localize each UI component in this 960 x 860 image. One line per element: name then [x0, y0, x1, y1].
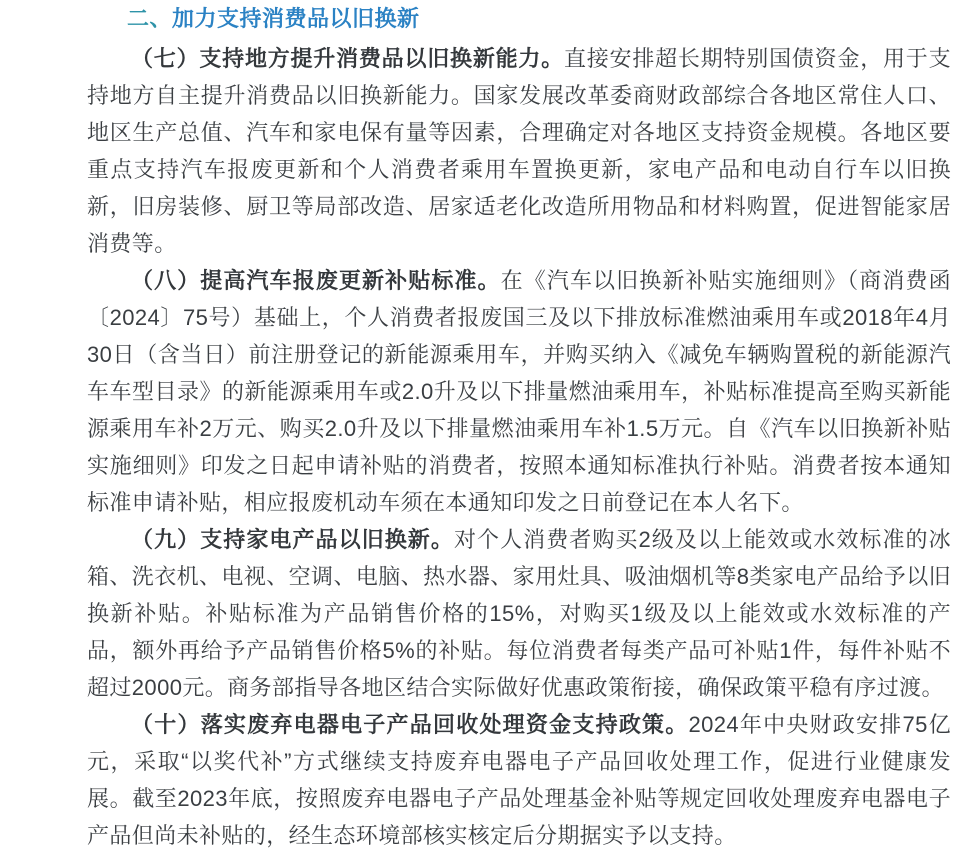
policy-document: 二、加力支持消费品以旧换新 （七）支持地方提升消费品以旧换新能力。直接安排超长期… [0, 0, 960, 860]
paragraph-7-lead: （七）支持地方提升消费品以旧换新能力。 [131, 46, 564, 71]
paragraph-9-body: 对个人消费者购买2级及以上能效或水效标准的冰箱、洗衣机、电视、空调、电脑、热水器… [87, 527, 951, 700]
paragraph-8-lead: （八）提高汽车报废更新补贴标准。 [131, 268, 501, 293]
section-heading: 二、加力支持消费品以旧换新 [87, 4, 951, 34]
section-number: 二、 [127, 6, 172, 31]
paragraph-7-body: 直接安排超长期特别国债资金，用于支持地方自主提升消费品以旧换新能力。国家发展改革… [87, 46, 951, 256]
policy-paragraph-7: （七）支持地方提升消费品以旧换新能力。直接安排超长期特别国债资金，用于支持地方自… [87, 40, 951, 262]
section-title: 加力支持消费品以旧换新 [172, 6, 420, 31]
paragraph-9-lead: （九）支持家电产品以旧换新。 [131, 527, 454, 552]
policy-paragraph-8: （八）提高汽车报废更新补贴标准。在《汽车以旧换新补贴实施细则》（商消费函〔202… [87, 262, 951, 521]
policy-paragraph-9: （九）支持家电产品以旧换新。对个人消费者购买2级及以上能效或水效标准的冰箱、洗衣… [87, 521, 951, 706]
paragraph-8-body: 在《汽车以旧换新补贴实施细则》（商消费函〔2024〕75号）基础上，个人消费者报… [87, 268, 951, 515]
paragraph-10-lead: （十）落实废弃电器电子产品回收处理资金支持政策。 [131, 712, 689, 737]
policy-paragraph-10: （十）落实废弃电器电子产品回收处理资金支持政策。2024年中央财政安排75亿元，… [87, 706, 951, 854]
